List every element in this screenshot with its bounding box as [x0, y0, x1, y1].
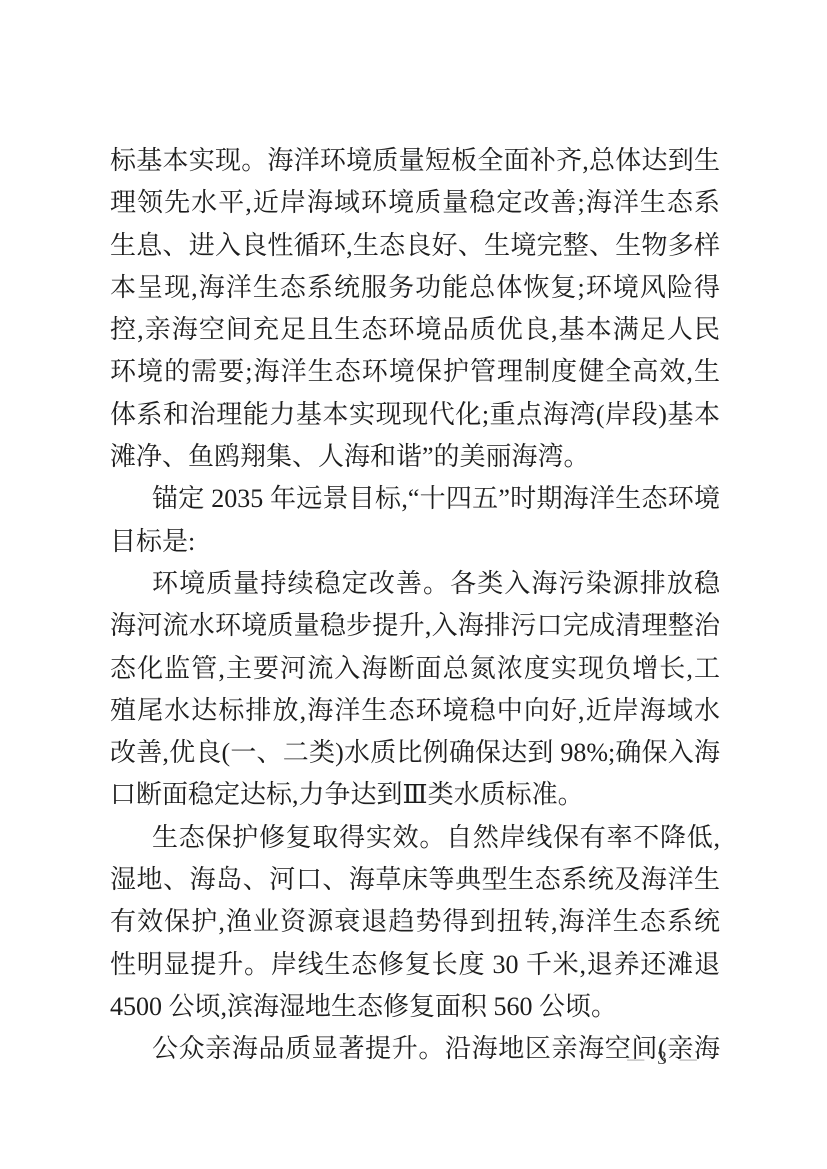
text-line-1: 标基本实现。海洋环境质量短板全面补齐,总体达到生态环境治: [110, 140, 720, 182]
page-footer: — 3 —: [617, 1045, 707, 1071]
text-line-18: 湿地、海岛、河口、海草床等典型生态系统及海洋生物多样性得到: [110, 859, 720, 901]
text-line-2: 理领先水平,近岸海域环境质量稳定改善;海洋生态系统得到休养: [110, 182, 720, 224]
text-line-10: 目标是:: [110, 521, 720, 563]
text-line-17: 生态保护修复取得实效。自然岸线保有率不降低,重要滨海: [110, 817, 720, 859]
text-line-16: 口断面稳定达标,力争达到Ⅲ类水质标准。: [110, 774, 720, 816]
text-line-21: 4500 公顷,滨海湿地生态修复面积 560 公顷。: [110, 986, 720, 1028]
text-line-12: 海河流水环境质量稳步提升,入海排污口完成清理整治并开展常: [110, 605, 720, 647]
text-line-13: 态化监管,主要河流入海断面总氮浓度实现负增长,工厂化海水养: [110, 648, 720, 690]
footer-page-number: 3: [657, 1049, 667, 1068]
text-line-7: 体系和治理能力基本实现现代化;重点海湾(岸段)基本建成“水清: [110, 394, 720, 436]
text-line-15: 改善,优良(一、二类)水质比例确保达到 98%;确保入海河流入海: [110, 732, 720, 774]
text-line-19: 有效保护,渔业资源衰退趋势得到扭转,海洋生态系统质量和稳定: [110, 901, 720, 943]
text-line-6: 环境的需要;海洋生态环境保护管理制度健全高效,生态环境治理: [110, 351, 720, 393]
text-line-8: 滩净、鱼鸥翔集、人海和谐”的美丽海湾。: [110, 436, 720, 478]
footer-dash-right: —: [680, 1050, 697, 1067]
text-line-9: 锚定 2035 年远景目标,“十四五”时期海洋生态环境保护主要: [110, 478, 720, 520]
text-line-14: 殖尾水达标排放,海洋生态环境稳中向好,近岸海域水质持续稳定: [110, 690, 720, 732]
text-line-3: 生息、进入良性循环,生态良好、生境完整、生物多样的健康状态基: [110, 225, 720, 267]
text-line-5: 控,亲海空间充足且生态环境品质优良,基本满足人民对优美生态: [110, 309, 720, 351]
body-text: 标基本实现。海洋环境质量短板全面补齐,总体达到生态环境治 理领先水平,近岸海域环…: [110, 140, 720, 1071]
footer-dash-left: —: [627, 1050, 644, 1067]
text-line-20: 性明显提升。岸线生态修复长度 30 千米,退养还滩退围还海面积: [110, 944, 720, 986]
text-line-4: 本呈现,海洋生态系统服务功能总体恢复;环境风险得到全面管: [110, 267, 720, 309]
document-page: 标基本实现。海洋环境质量短板全面补齐,总体达到生态环境治 理领先水平,近岸海域环…: [0, 0, 827, 1169]
text-line-11: 环境质量持续稳定改善。各类入海污染源排放稳定达标,入: [110, 563, 720, 605]
